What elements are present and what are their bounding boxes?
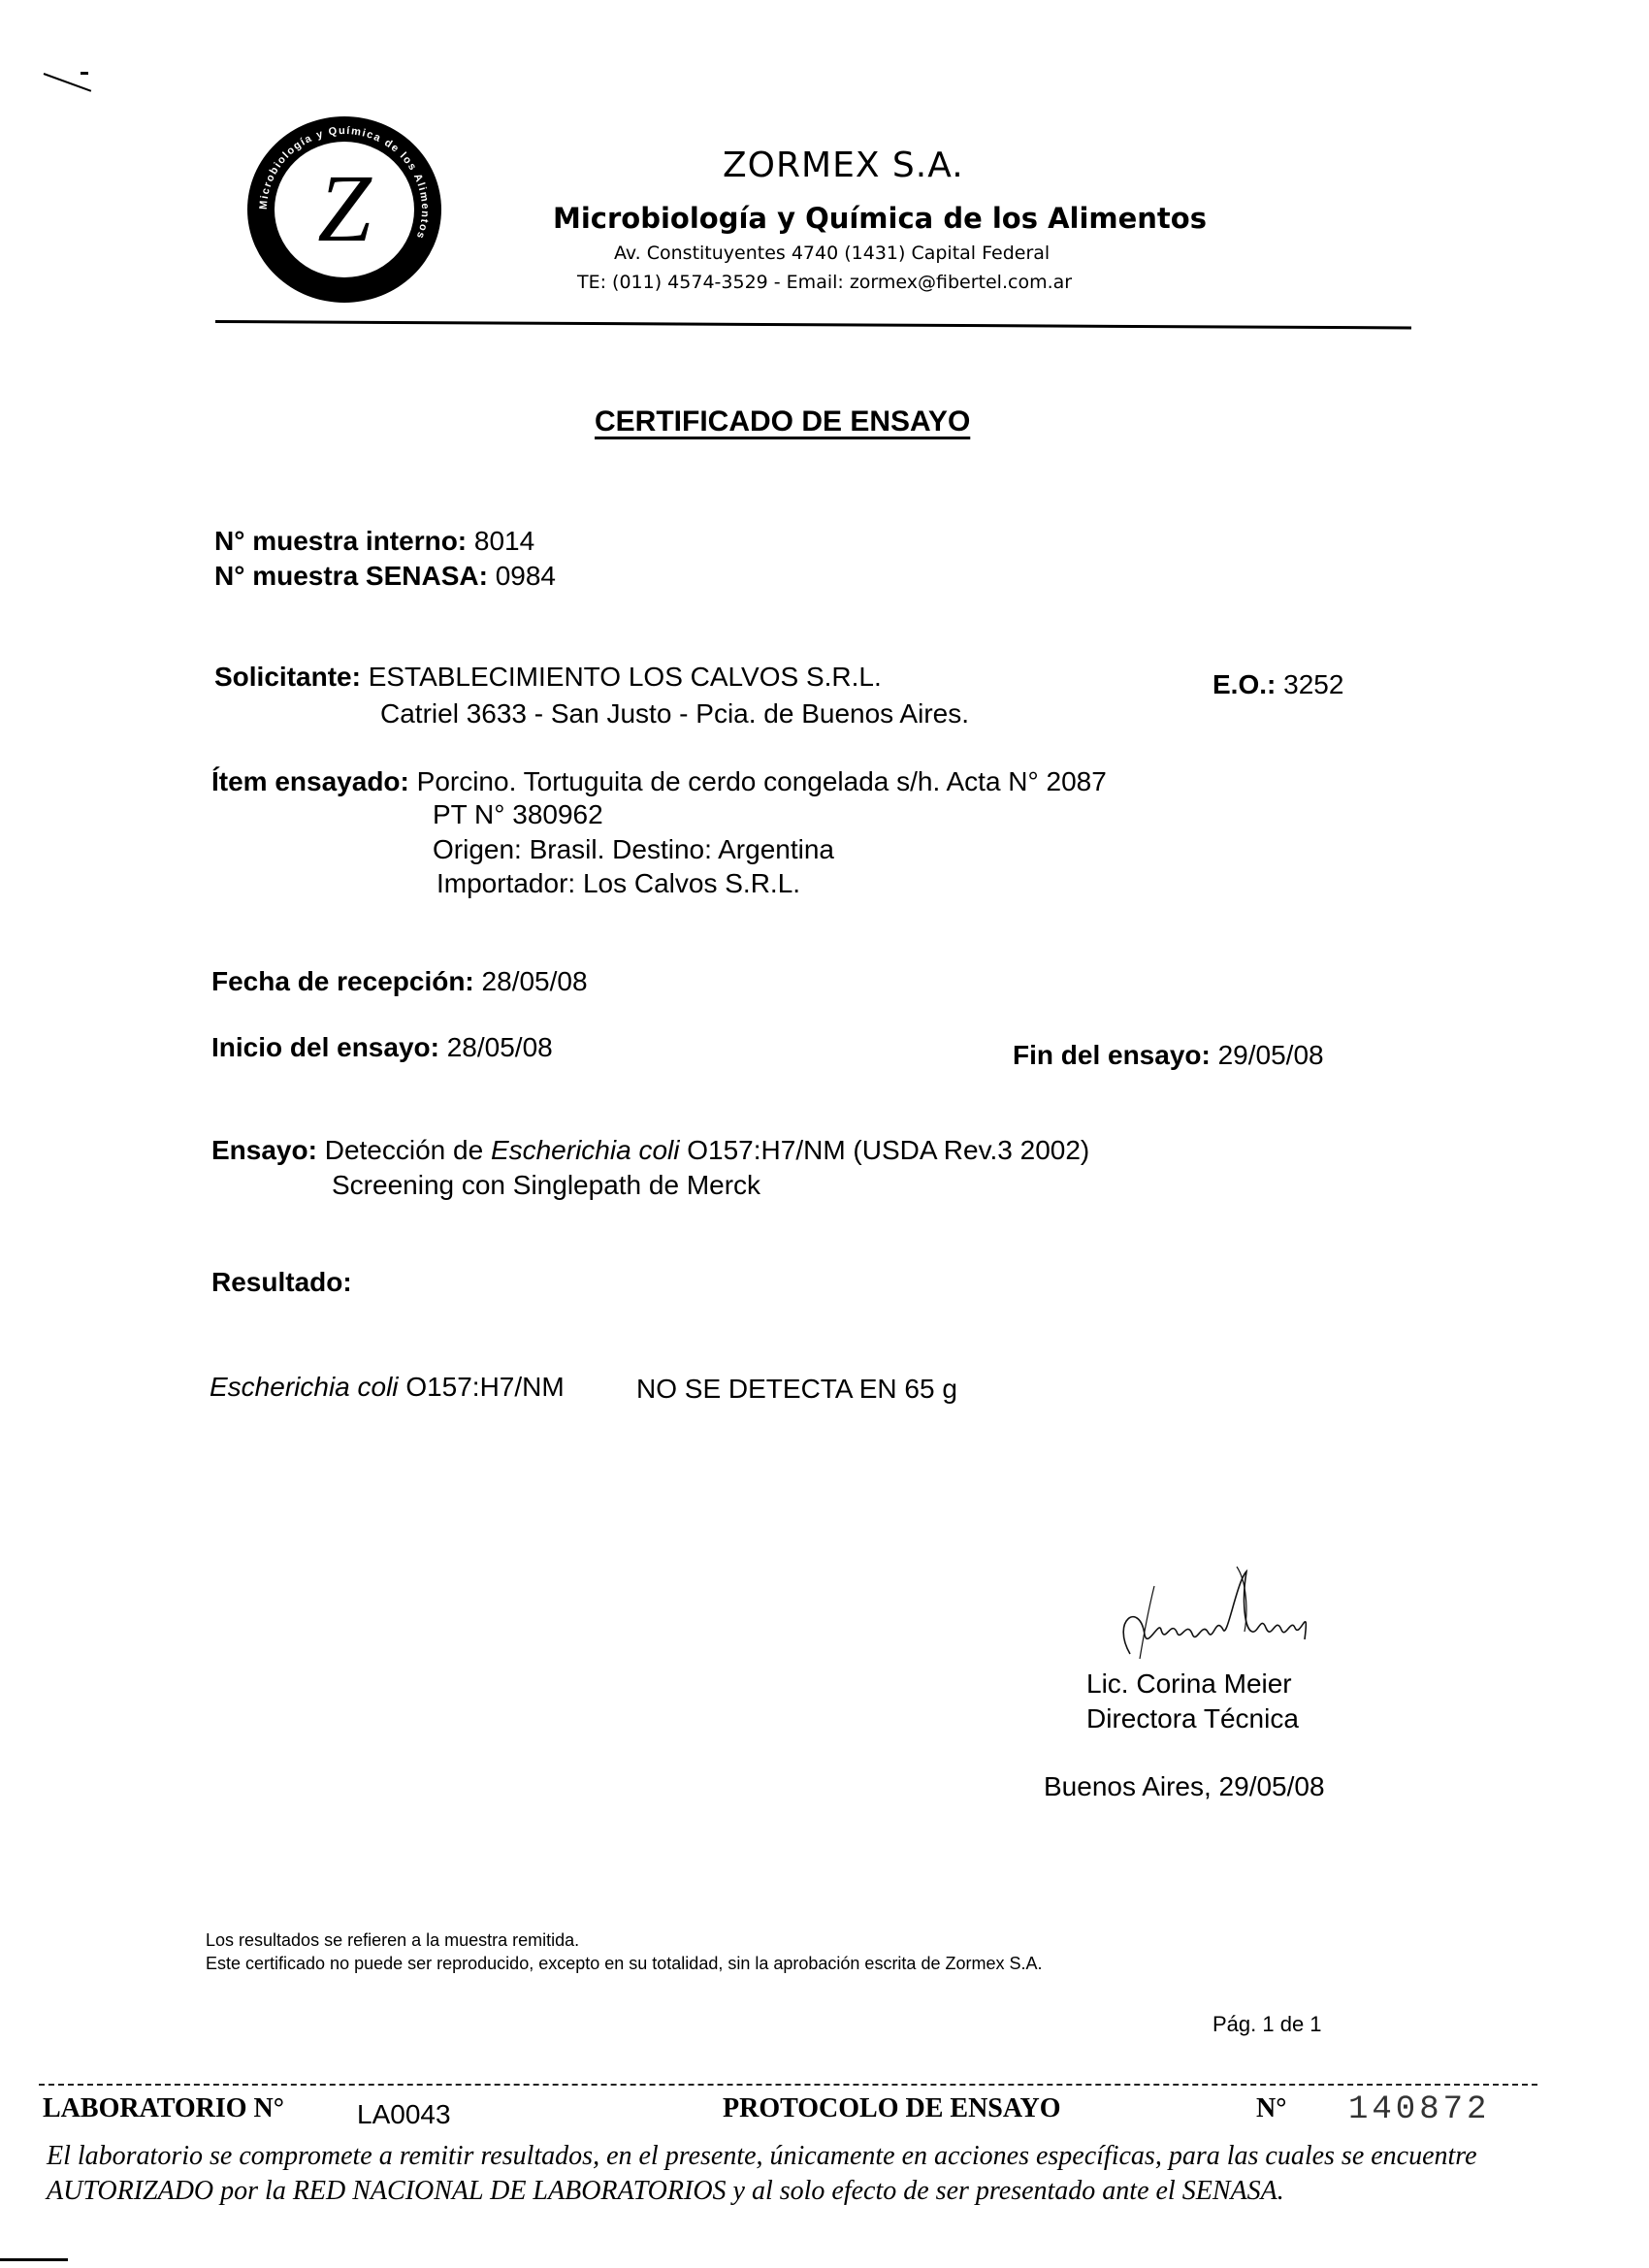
sample-internal-value: 8014 <box>474 526 534 556</box>
company-address: Av. Constituyentes 4740 (1431) Capital F… <box>614 243 1050 264</box>
result-label: Resultado: <box>211 1267 352 1298</box>
sample-internal: N° muestra interno: 8014 <box>214 526 534 557</box>
start-date-value: 28/05/08 <box>447 1032 553 1062</box>
sample-senasa: N° muestra SENASA: 0984 <box>214 561 556 592</box>
item-line: Origen: Brasil. Destino: Argentina <box>433 834 834 865</box>
applicant-label: Solicitante: <box>214 662 361 692</box>
eo-label: E.O.: <box>1212 669 1276 699</box>
reception-date-value: 28/05/08 <box>482 966 588 996</box>
eo-value: 3252 <box>1283 669 1343 699</box>
footer-divider <box>39 2084 1537 2086</box>
company-name: ZORMEX S.A. <box>723 146 964 185</box>
result-row: Escherichia coli O157:H7/NM <box>210 1372 565 1403</box>
result-organism: Escherichia coli <box>210 1372 399 1402</box>
reception-date-label: Fecha de recepción: <box>211 966 474 996</box>
item-label: Ítem ensayado: <box>211 766 409 796</box>
test-suffix: O157:H7/NM (USDA Rev.3 2002) <box>687 1135 1089 1165</box>
protocol-number-label: N° <box>1256 2093 1286 2124</box>
company-contact: TE: (011) 4574-3529 - Email: zormex@fibe… <box>577 272 1072 293</box>
end-date: Fin del ensayo: 29/05/08 <box>1013 1040 1324 1071</box>
test-label: Ensayo: <box>211 1135 317 1165</box>
test-method: Ensayo: Detección de Escherichia coli O1… <box>211 1135 1089 1166</box>
note-line: Los resultados se refieren a la muestra … <box>206 1930 579 1951</box>
end-date-value: 29/05/08 <box>1218 1040 1324 1070</box>
place-date: Buenos Aires, 29/05/08 <box>1044 1771 1325 1802</box>
sample-senasa-value: 0984 <box>496 561 556 591</box>
note-line: Este certificado no puede ser reproducid… <box>206 1954 1043 1974</box>
scan-artifact <box>44 73 92 92</box>
protocol-label: PROTOCOLO DE ENSAYO <box>723 2093 1061 2124</box>
sample-internal-label: N° muestra interno: <box>214 526 467 556</box>
item-tested: Ítem ensayado: Porcino. Tortuguita de ce… <box>211 766 1107 797</box>
reception-date: Fecha de recepción: 28/05/08 <box>211 966 588 997</box>
signatory-name: Lic. Corina Meier <box>1086 1669 1292 1700</box>
applicant: Solicitante: ESTABLECIMIENTO LOS CALVOS … <box>214 662 882 693</box>
end-date-label: Fin del ensayo: <box>1013 1040 1211 1070</box>
logo-letter: Z <box>317 154 372 262</box>
lab-number-value: LA0043 <box>357 2099 451 2130</box>
applicant-name: ESTABLECIMIENTO LOS CALVOS S.R.L. <box>369 662 882 692</box>
start-date: Inicio del ensayo: 28/05/08 <box>211 1032 553 1063</box>
test-prefix: Detección de <box>325 1135 483 1165</box>
footer-disclaimer: El laboratorio se compromete a remitir r… <box>47 2139 1560 2209</box>
sample-senasa-label: N° muestra SENASA: <box>214 561 488 591</box>
scan-edge-mark <box>0 2258 68 2261</box>
start-date-label: Inicio del ensayo: <box>211 1032 439 1062</box>
lab-number-label: LABORATORIO N° <box>43 2093 284 2124</box>
applicant-address: Catriel 3633 - San Justo - Pcia. de Buen… <box>380 698 969 729</box>
result-value: NO SE DETECTA EN 65 g <box>636 1374 957 1405</box>
document-title: CERTIFICADO DE ENSAYO <box>595 405 970 438</box>
header-divider <box>215 320 1411 329</box>
signature-image <box>1101 1562 1353 1669</box>
company-logo-icon: Microbiología y Química de los Alimentos… <box>242 113 446 307</box>
protocol-number-value: 140872 <box>1348 2091 1490 2128</box>
scan-artifact <box>81 72 88 75</box>
company-subtitle: Microbiología y Química de los Alimentos <box>553 202 1207 235</box>
signatory-role: Directora Técnica <box>1086 1703 1299 1734</box>
item-line: PT N° 380962 <box>433 799 603 830</box>
item-line: Porcino. Tortuguita de cerdo congelada s… <box>417 766 1107 796</box>
test-organism: Escherichia coli <box>491 1135 680 1165</box>
result-strain: O157:H7/NM <box>405 1372 564 1402</box>
test-method-line2: Screening con Singlepath de Merck <box>332 1170 760 1201</box>
eo-field: E.O.: 3252 <box>1212 669 1343 700</box>
page-number: Pág. 1 de 1 <box>1212 2012 1322 2037</box>
item-line: Importador: Los Calvos S.R.L. <box>436 868 800 899</box>
